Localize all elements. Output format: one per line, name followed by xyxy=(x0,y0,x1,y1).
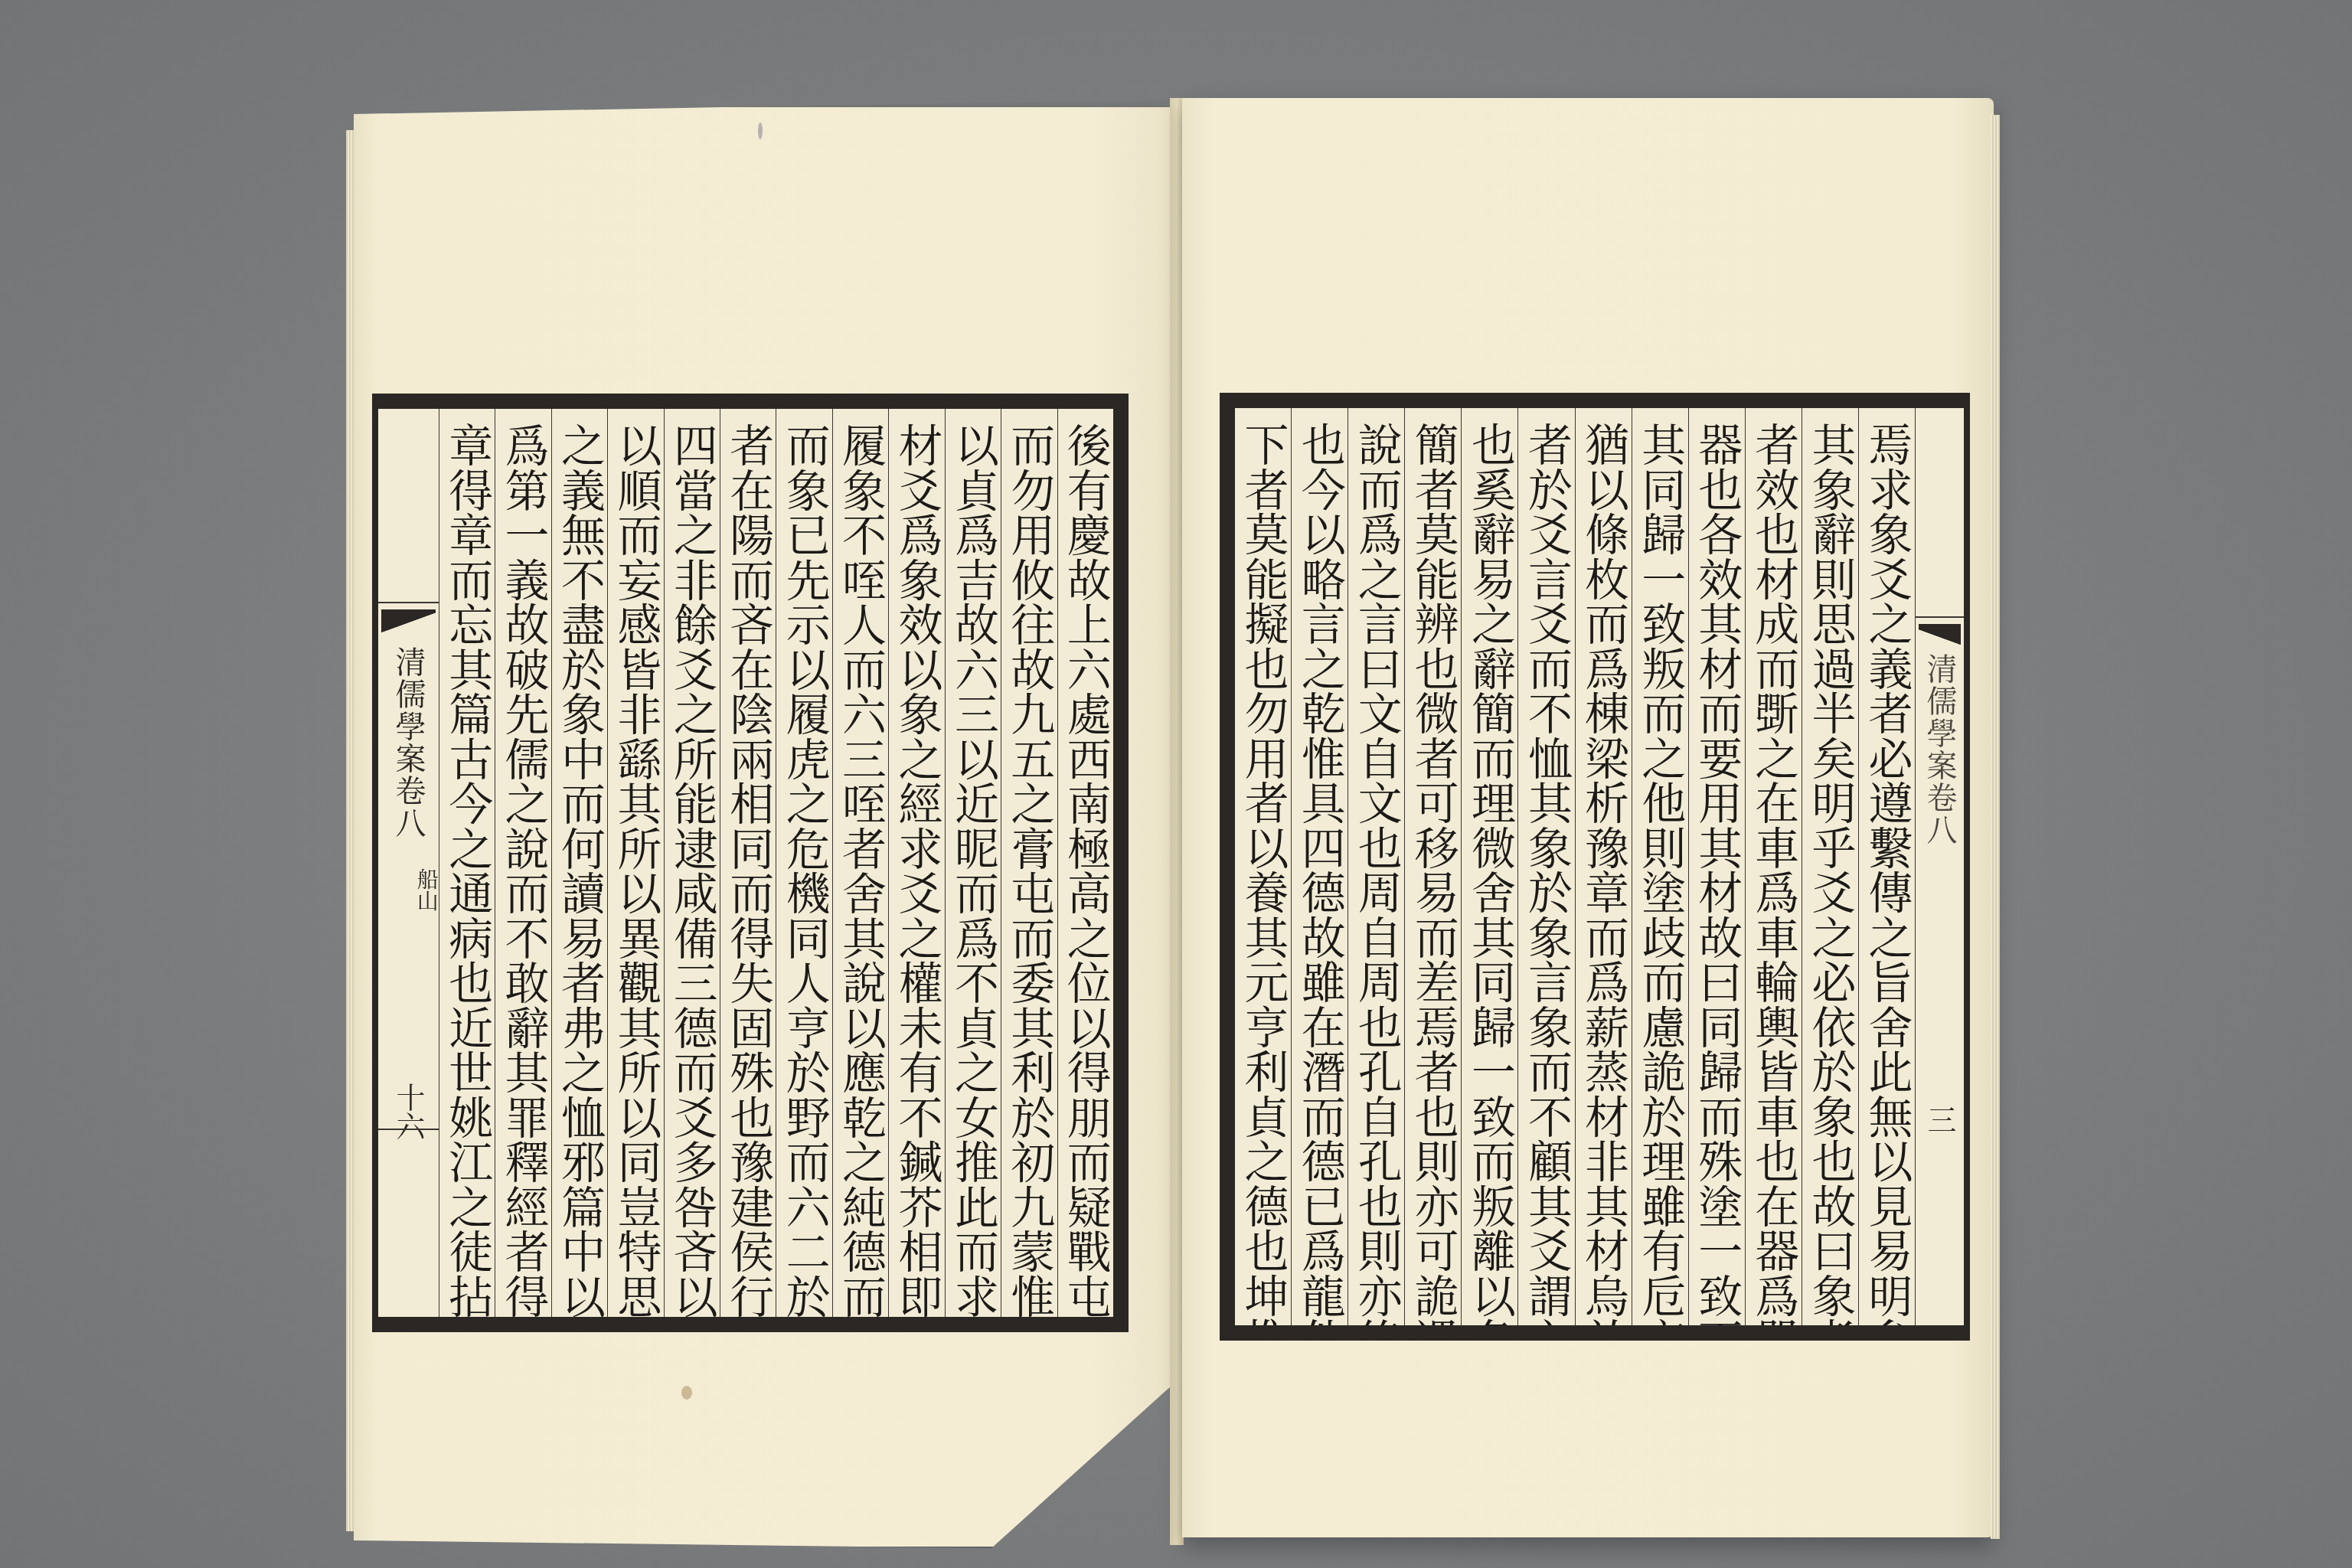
text-column: 者在陽而吝在陰兩相同而得失固殊也豫建侯行師之利九 xyxy=(720,409,776,1317)
fishtail-mark xyxy=(381,609,436,635)
text-column: 說而爲之言曰文自文也周自周也孔自孔也則亦終莫之悟 xyxy=(1347,408,1404,1325)
text-column: 者效也材成而斲之在車爲車輪輿皆車也在器爲器中籩皆 xyxy=(1745,408,1802,1325)
text-column: 以貞爲吉故六三以近昵而爲不貞之女推此而求之象爲爻 xyxy=(945,409,1001,1317)
text-column: 履象不咥人而六三咥者舍其說以應乾之純德而躁以進也 xyxy=(832,409,888,1317)
left-running-title: 清儒學案卷八 xyxy=(387,646,430,839)
text-column: 而象已先示以履虎之危機同人亨於野而六二於宗而吝亨 xyxy=(776,409,831,1317)
right-banxin: 清儒學案卷八 三 xyxy=(1915,408,1964,1325)
foxing-spot xyxy=(681,1386,692,1400)
banxin-divider xyxy=(1916,616,1964,618)
text-column: 下者莫能擬也勿用者以養其元亨利貞之德也坤惟喪朋而 xyxy=(1235,408,1291,1325)
fishtail-mark xyxy=(1919,624,1961,650)
text-column: 爲第一義故破先儒之說而不敢辭其罪釋經者得句而忘其 xyxy=(495,409,550,1317)
text-column: 者於爻言爻而不恤其象於象言象而不顧其爻謂之曰未達 xyxy=(1517,408,1574,1325)
text-column: 也奚辭易之辭簡而理微舍其同歸一致而叛離以各成其說 xyxy=(1461,408,1517,1325)
left-printed-frame: 清儒學案卷八 船山 十六 後有慶故上六處西南極高之位以得朋而疑戰屯惟利建侯 而勿… xyxy=(372,394,1129,1332)
text-column: 四當之非餘爻之所能逮咸備三德而爻多咎吝以利在取女 xyxy=(664,409,720,1317)
right-printed-frame: 焉求象爻之義者必遵繫傳之旨舍此無以見易明矣傳曰觀 其象辭則思過半矣明乎爻之必依於… xyxy=(1220,393,1970,1341)
text-column: 之義無不盡於象中而何讀易者弗之恤邪篇中以爻不悖象 xyxy=(551,409,607,1317)
right-page-number: 三 xyxy=(1919,1105,1961,1134)
left-section-label: 船山 xyxy=(411,868,442,911)
left-text-columns: 後有慶故上六處西南極高之位以得朋而疑戰屯惟利建侯 而勿用攸往故九五之膏屯而委其利… xyxy=(439,409,1113,1317)
banxin-divider xyxy=(378,1129,439,1130)
text-column: 猶以條枚而爲棟梁析豫章而爲薪蒸材非其材烏效哉說易 xyxy=(1575,408,1632,1325)
left-banxin: 清儒學案卷八 船山 十六 xyxy=(378,409,439,1317)
foxing-spot xyxy=(758,122,763,139)
text-column: 其象辭則思過半矣明乎爻之必依於象也故曰象者材也爻 xyxy=(1802,408,1858,1325)
text-column: 章得章而忘其篇古今之通病也近世姚江之徒拈單辭片語 xyxy=(439,409,495,1317)
text-column: 以順而妄感皆非繇其所以異觀其所以同豈特思過半哉爻 xyxy=(607,409,663,1317)
text-column: 材爻爲象效以象之經求爻之權未有不鍼芥相即者也至如 xyxy=(888,409,944,1317)
right-text-columns: 焉求象爻之義者必遵繫傳之旨舍此無以見易明矣傳曰觀 其象辭則思過半矣明乎爻之必依於… xyxy=(1235,408,1915,1325)
text-column: 也今以略言之乾惟具四德故雖在潛而德已爲龍他陽之在 xyxy=(1291,408,1347,1325)
text-column: 焉求象爻之義者必遵繫傳之旨舍此無以見易明矣傳曰觀 xyxy=(1858,408,1915,1325)
text-column: 其同歸一致叛而之他則塗歧而慮詭於理雖有卮言之不窮 xyxy=(1632,408,1688,1325)
right-page-edges xyxy=(1991,115,2000,1539)
text-column: 器也各效其材而要用其材故曰同歸而殊塗一致而百慮舍 xyxy=(1688,408,1745,1325)
left-page-number: 十六 xyxy=(387,1083,430,1141)
text-column: 簡者莫能辨也微者可移易而差焉者也則亦可詭遇以伸其 xyxy=(1404,408,1461,1325)
text-column: 後有慶故上六處西南極高之位以得朋而疑戰屯惟利建侯 xyxy=(1057,409,1113,1317)
text-column: 而勿用攸往故九五之膏屯而委其利於初九蒙惟瀆則不告 xyxy=(1001,409,1057,1317)
banxin-divider xyxy=(378,602,439,603)
right-running-title: 清儒學案卷八 xyxy=(1918,653,1962,846)
